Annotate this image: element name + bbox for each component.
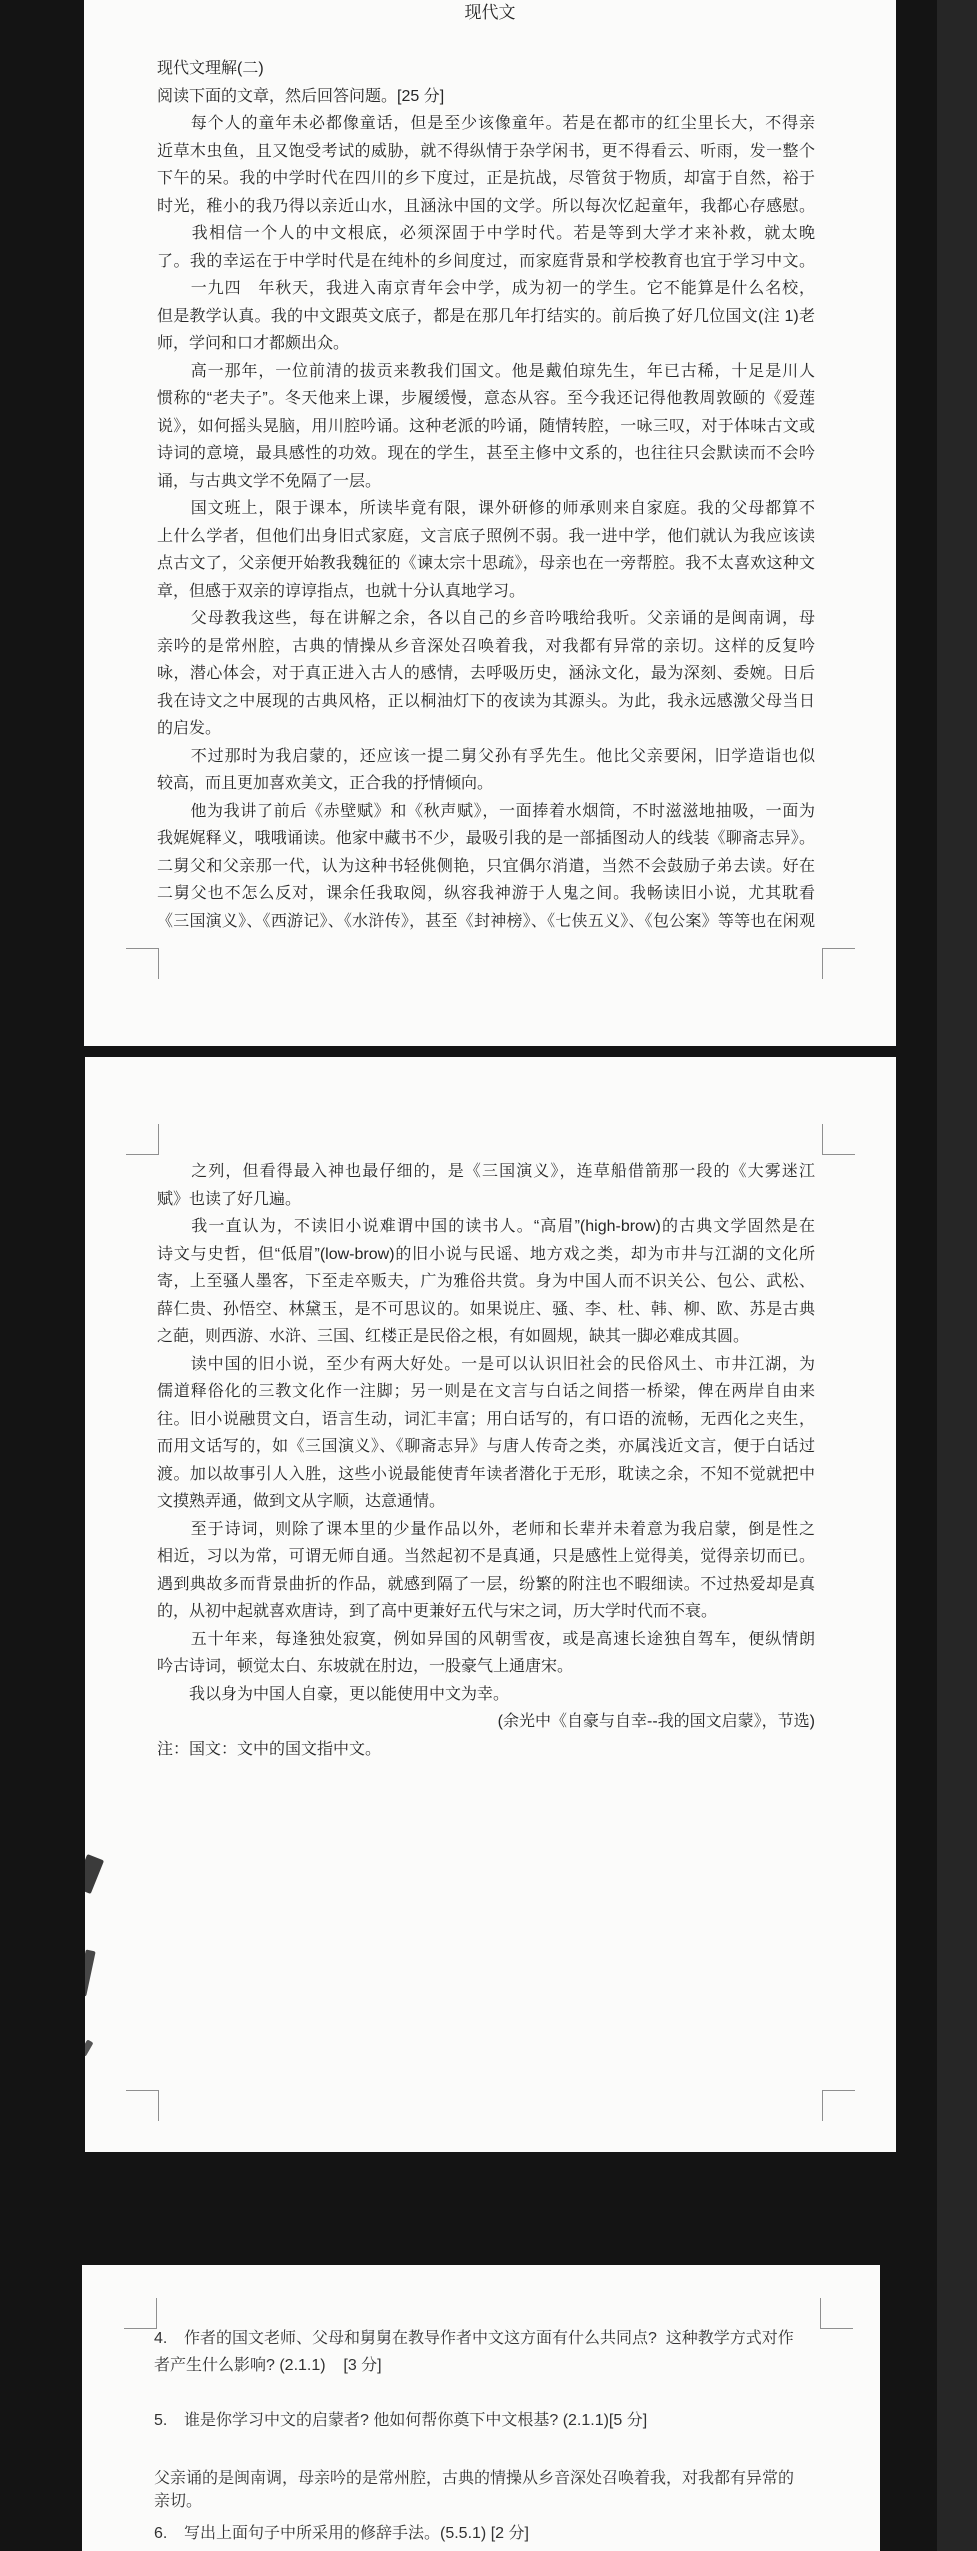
question-4-text-continued: 者产生什么影响? (2.1.1) [3 分] [154, 2357, 382, 2374]
text-line: 时光，稚小的我乃得以亲近山水，且涵泳中国的文学。所以每次忆起童年，我都心存感慰。 [157, 193, 815, 221]
text-line: 吟古诗词，顿觉太白、东坡就在肘边，一股豪气上通唐宋。 [157, 1653, 815, 1681]
text-line: 诗词的意境，最具感性的功效。现在的学生，甚至主修中文系的，也往往只会默读而不会吟 [157, 440, 815, 468]
scan-smudge [85, 2039, 94, 2056]
crop-mark [820, 2298, 853, 2329]
scanned-exam-view: 现代文 现代文理解(二)阅读下面的文章，然后回答问题。[25 分] 每个人的童年… [0, 0, 977, 2551]
text-line: 二舅父和父亲那一代，认为这种书轻佻侧艳，只宜偶尔消遣，当然不会鼓励子弟去读。好在 [157, 853, 815, 881]
text-line: 的，从初中起就喜欢唐诗，到了高中更兼好五代与宋之词，历大学时代而不衰。 [157, 1598, 815, 1626]
text-line: 但是教学认真。我的中文跟英文底子，都是在那几年打结实的。前后换了好几位国文(注 … [157, 303, 815, 331]
text-line: 不过那时为我启蒙的，还应该一提二舅父孙有孚先生。他比父亲要闲，旧学造诣也似 [157, 743, 815, 771]
page-header-title: 现代文 [84, 2, 896, 24]
text-line: 诵，与古典文学不免隔了一层。 [157, 468, 815, 496]
page-1: 现代文 现代文理解(二)阅读下面的文章，然后回答问题。[25 分] 每个人的童年… [84, 0, 896, 1046]
question-6-text: 写出上面句子中所采用的修辞手法。(5.5.1) [2 分] [184, 2525, 529, 2542]
text-line: 我在诗文之中展现的古典风格，正以桐油灯下的夜读为其源头。为此，我永远感激父母当日 [157, 688, 815, 716]
crop-mark [126, 948, 159, 979]
text-line: 惯称的“老夫子”。冬天他来上课，步履缓慢，意态从容。至今我还记得他教周敦颐的《爱… [157, 385, 815, 413]
text-line: 咏，潜心体会，对于真正进入古人的感情，去呼吸历史，涵泳文化，最为深刻、委婉。日后 [157, 660, 815, 688]
text-line: 他为我讲了前后《赤壁赋》和《秋声赋》，一面捧着水烟筒，不时滋滋地抽吸，一面为 [157, 798, 815, 826]
text-line: 亲吟的是常州腔，古典的情操从乡音深处召唤着我，对我都有异常的亲切。这样的反复吟 [157, 633, 815, 661]
text-line: 近草木虫鱼，且又饱受考试的威胁，就不得纵情于杂学闲书，更不得看云、听雨，发一整个 [157, 138, 815, 166]
text-line: 文摸熟弄通，做到文从字顺，达意通情。 [157, 1488, 815, 1516]
text-line: 我一直认为，不读旧小说难谓中国的读书人。“高眉”(high-brow)的古典文学… [157, 1213, 815, 1241]
text-line: 寄，上至骚人墨客，下至走卒贩夫，广为雅俗共赏。身为中国人而不识关公、包公、武松、 [157, 1268, 815, 1296]
text-line: 之列，但看得最入神也最仔细的，是《三国演义》，连草船借箭那一段的《大雾迷江 [157, 1158, 815, 1186]
text-line: 的启发。 [157, 715, 815, 743]
crop-mark [126, 2090, 159, 2121]
text-line: 诗文与史哲，但“低眉”(low-brow)的旧小说与民谣、地方戏之类，却为市井与… [157, 1241, 815, 1269]
quoted-sentence-line-1: 父亲诵的是闽南调，母亲吟的是常州腔，古典的情操从乡音深处召唤着我，对我都有异常的 [154, 2468, 794, 2490]
question-4-text: 作者的国文老师、父母和舅舅在教导作者中文这方面有什么共同点? 这种教学方式对作 [184, 2330, 794, 2347]
text-line: 下午的呆。我的中学时代在四川的乡下度过，正是抗战，尽管贫于物质，却富于自然，裕于 [157, 165, 815, 193]
question-5-text: 谁是你学习中文的启蒙者? 他如何帮你奠下中文根基? (2.1.1)[5 分] [184, 2412, 647, 2429]
scanner-edge-strip [937, 0, 977, 2551]
text-line: 往。旧小说融贯文白，语言生动，词汇丰富；用白话写的，有口语的流畅，无西化之夹生， [157, 1406, 815, 1434]
text-line: 渡。加以故事引人入胜，这些小说最能使青年读者潜化于无形，耽读之余，不知不觉就把中 [157, 1461, 815, 1489]
crop-mark [822, 948, 855, 979]
crop-mark [822, 1124, 855, 1155]
page-3: 4.作者的国文老师、父母和舅舅在教导作者中文这方面有什么共同点? 这种教学方式对… [82, 2265, 880, 2551]
text-line: 现代文理解(二) [157, 55, 815, 83]
text-line: 阅读下面的文章，然后回答问题。[25 分] [157, 83, 815, 111]
scan-smudge [85, 1949, 96, 1996]
page-2-text-block: 之列，但看得最入神也最仔细的，是《三国演义》，连草船借箭那一段的《大雾迷江赋》也… [157, 1158, 815, 1763]
text-line: 高一那年，一位前清的拔贡来教我们国文。他是戴伯琼先生，年已古稀，十足是川人 [157, 358, 815, 386]
quoted-sentence-line-2: 亲切。 [154, 2491, 202, 2513]
text-line: 注：国文：文中的国文指中文。 [157, 1736, 815, 1764]
question-4-number: 4. [154, 2328, 184, 2350]
page-2: 之列，但看得最入神也最仔细的，是《三国演义》，连草船借箭那一段的《大雾迷江赋》也… [85, 1057, 896, 2152]
text-line: 我娓娓释义，哦哦诵读。他家中藏书不少，最吸引我的是一部插图动人的线装《聊斋志异》… [157, 825, 815, 853]
question-6-line: 6.写出上面句子中所采用的修辞手法。(5.5.1) [2 分] [154, 2523, 529, 2545]
text-line: 国文班上，限于课本，所读毕竟有限，课外研修的师承则来自家庭。我的父母都算不 [157, 495, 815, 523]
text-line: 每个人的童年未必都像童话，但是至少该像童年。若是在都市的红尘里长大，不得亲 [157, 110, 815, 138]
text-line: 读中国的旧小说，至少有两大好处。一是可以认识旧社会的民俗风土、市井江湖，为 [157, 1351, 815, 1379]
text-line: 父母教我这些，每在讲解之余，各以自己的乡音吟哦给我听。父亲诵的是闽南调，母 [157, 605, 815, 633]
crop-mark [126, 1124, 159, 1155]
text-line: 点古文了，父亲便开始教我魏征的《谏太宗十思疏》，母亲也在一旁帮腔。我不太喜欢这种… [157, 550, 815, 578]
text-line: 《三国演义》、《西游记》、《水浒传》，甚至《封神榜》、《七侠五义》、《包公案》等… [157, 908, 815, 936]
question-4-line-1: 4.作者的国文老师、父母和舅舅在教导作者中文这方面有什么共同点? 这种教学方式对… [154, 2328, 794, 2350]
question-4-line-2: 者产生什么影响? (2.1.1) [3 分] [154, 2355, 382, 2377]
text-line: 二舅父也不怎么反对，课余任我取阅，纵容我神游于人鬼之间。我畅读旧小说，尤其耽看 [157, 880, 815, 908]
scan-smudge [85, 1854, 104, 1894]
text-line: 至于诗词，则除了课本里的少量作品以外，老师和长辈并未着意为我启蒙，倒是性之 [157, 1516, 815, 1544]
text-line: 五十年来，每逢独处寂寞，例如异国的风朝雪夜，或是高速长途独自驾车，便纵情朗 [157, 1626, 815, 1654]
page-1-text-block: 现代文理解(二)阅读下面的文章，然后回答问题。[25 分] 每个人的童年未必都像… [157, 55, 815, 935]
text-line: 较高，而且更加喜欢美文，正合我的抒情倾向。 [157, 770, 815, 798]
text-line: 之葩，则西游、水浒、三国、红楼正是民俗之根，有如圆规，缺其一脚必难成其圆。 [157, 1323, 815, 1351]
text-line: 相近，习以为常，可谓无师自通。当然起初不是真通，只是感性上觉得美，觉得亲切而已。 [157, 1543, 815, 1571]
text-line: 遇到典故多而背景曲折的作品，就感到隔了一层，纷繁的附注也不暇细读。不过热爱却是真 [157, 1571, 815, 1599]
question-5-number: 5. [154, 2410, 184, 2432]
text-line: 赋》也读了好几遍。 [157, 1186, 815, 1214]
crop-mark [822, 2090, 855, 2121]
text-line: 薛仁贵、孙悟空、林黛玉，是不可思议的。如果说庄、骚、李、杜、韩、柳、欧、苏是古典 [157, 1296, 815, 1324]
text-line: 我相信一个人的中文根底，必须深固于中学时代。若是等到大学才来补救，就太晚 [157, 220, 815, 248]
text-line: 而用文话写的，如《三国演义》、《聊斋志异》与唐人传奇之类，亦属浅近文言，便于白话… [157, 1433, 815, 1461]
text-line: 上什么学者，但他们出身旧式家庭，文言底子照例不弱。我一进中学，他们就认为我应该读 [157, 523, 815, 551]
text-line: (余光中《自豪与自幸--我的国文启蒙》，节选) [157, 1708, 815, 1736]
question-5-line: 5.谁是你学习中文的启蒙者? 他如何帮你奠下中文根基? (2.1.1)[5 分] [154, 2410, 647, 2432]
text-line: 儒道释俗化的三教文化作一注脚；另一则是在文言与白话之间搭一桥梁，俾在两岸自由来 [157, 1378, 815, 1406]
text-line: 我以身为中国人自豪，更以能使用中文为幸。 [157, 1681, 815, 1709]
text-line: 了。我的幸运在于中学时代是在纯朴的乡间度过，而家庭背景和学校教育也宜于学习中文。 [157, 248, 815, 276]
text-line: 章，但感于双亲的谆谆指点，也就十分认真地学习。 [157, 578, 815, 606]
text-line: 师，学问和口才都颇出众。 [157, 330, 815, 358]
text-line: 说》，如何摇头晃脑，用川腔吟诵。这种老派的吟诵，随情转腔，一咏三叹，对于体味古文… [157, 413, 815, 441]
crop-mark [124, 2298, 157, 2329]
question-6-number: 6. [154, 2523, 184, 2545]
text-line: 一九四 年秋天，我进入南京青年会中学，成为初一的学生。它不能算是什么名校， [157, 275, 815, 303]
